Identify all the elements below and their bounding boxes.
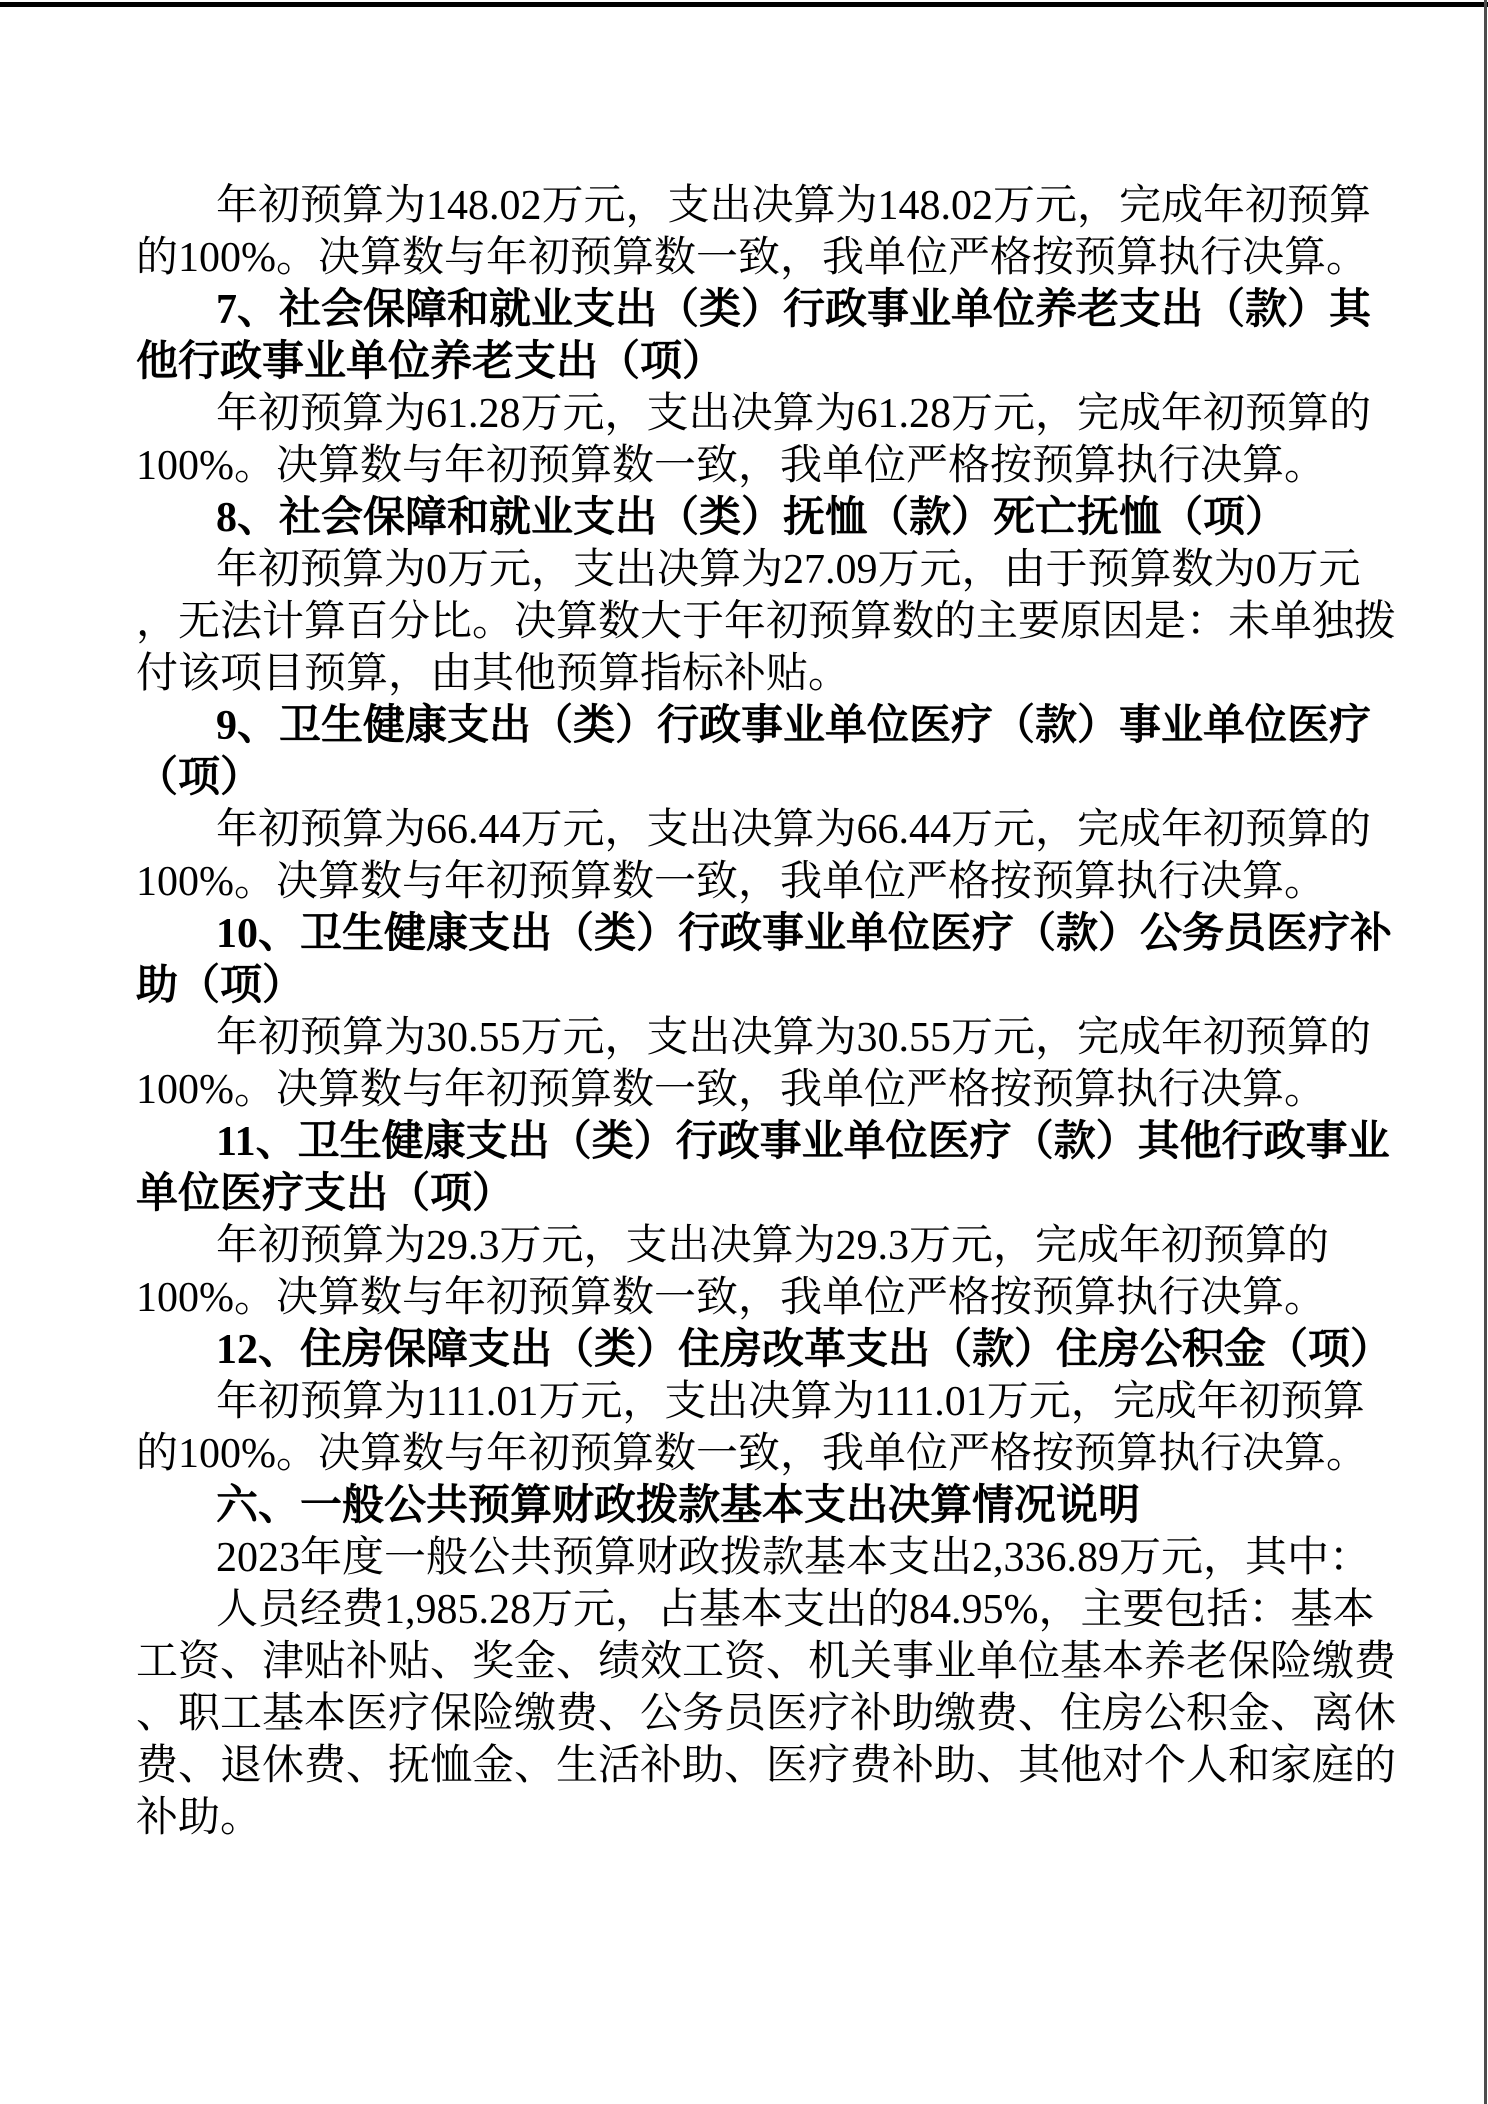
page-right-rule: [1484, 0, 1487, 2104]
text-line: 年初预算为30.55万元，支出决算为30.55万元，完成年初预算的: [136, 1012, 1396, 1064]
text-line: 2023年度一般公共预算财政拨款基本支出2,336.89万元，其中：: [136, 1532, 1396, 1584]
text-line: 的100%。决算数与年初预算数一致，我单位严格按预算执行决算。: [136, 1428, 1396, 1480]
text-line: 补助。: [136, 1792, 1396, 1844]
text-line: 他行政事业单位养老支出（项）: [136, 336, 1396, 388]
text-line: 付该项目预算，由其他预算指标补贴。: [136, 648, 1396, 700]
page-top-rule: [0, 2, 1488, 7]
text-line: 的100%。决算数与年初预算数一致，我单位严格按预算执行决算。: [136, 232, 1396, 284]
text-line: 10、卫生健康支出（类）行政事业单位医疗（款）公务员医疗补: [136, 908, 1396, 960]
text-line: 助（项）: [136, 960, 1396, 1012]
text-line: 8、社会保障和就业支出（类）抚恤（款）死亡抚恤（项）: [136, 492, 1396, 544]
document-text-block: 年初预算为148.02万元，支出决算为148.02万元，完成年初预算的100%。…: [136, 180, 1396, 1844]
text-line: 年初预算为61.28万元，支出决算为61.28万元，完成年初预算的: [136, 388, 1396, 440]
text-line: 年初预算为66.44万元，支出决算为66.44万元，完成年初预算的: [136, 804, 1396, 856]
text-line: 12、住房保障支出（类）住房改革支出（款）住房公积金（项）: [136, 1324, 1396, 1376]
text-line: 100%。决算数与年初预算数一致，我单位严格按预算执行决算。: [136, 856, 1396, 908]
text-line: 100%。决算数与年初预算数一致，我单位严格按预算执行决算。: [136, 1064, 1396, 1116]
text-line: 年初预算为29.3万元，支出决算为29.3万元，完成年初预算的: [136, 1220, 1396, 1272]
document-page: 年初预算为148.02万元，支出决算为148.02万元，完成年初预算的100%。…: [0, 0, 1488, 2104]
text-line: 100%。决算数与年初预算数一致，我单位严格按预算执行决算。: [136, 1272, 1396, 1324]
text-line: 7、社会保障和就业支出（类）行政事业单位养老支出（款）其: [136, 284, 1396, 336]
text-line: 9、卫生健康支出（类）行政事业单位医疗（款）事业单位医疗: [136, 700, 1396, 752]
text-line: 100%。决算数与年初预算数一致，我单位严格按预算执行决算。: [136, 440, 1396, 492]
text-line: ，无法计算百分比。决算数大于年初预算数的主要原因是：未单独拨: [136, 596, 1396, 648]
text-line: 年初预算为0万元，支出决算为27.09万元，由于预算数为0万元: [136, 544, 1396, 596]
text-line: 11、卫生健康支出（类）行政事业单位医疗（款）其他行政事业: [136, 1116, 1396, 1168]
text-line: 单位医疗支出（项）: [136, 1168, 1396, 1220]
text-line: 年初预算为148.02万元，支出决算为148.02万元，完成年初预算: [136, 180, 1396, 232]
text-line: 人员经费1,985.28万元，占基本支出的84.95%，主要包括：基本: [136, 1584, 1396, 1636]
text-line: 、职工基本医疗保险缴费、公务员医疗补助缴费、住房公积金、离休: [136, 1688, 1396, 1740]
text-line: 费、退休费、抚恤金、生活补助、医疗费补助、其他对个人和家庭的: [136, 1740, 1396, 1792]
text-line: 六、一般公共预算财政拨款基本支出决算情况说明: [136, 1480, 1396, 1532]
text-line: （项）: [136, 752, 1396, 804]
text-line: 工资、津贴补贴、奖金、绩效工资、机关事业单位基本养老保险缴费: [136, 1636, 1396, 1688]
text-line: 年初预算为111.01万元，支出决算为111.01万元，完成年初预算: [136, 1376, 1396, 1428]
